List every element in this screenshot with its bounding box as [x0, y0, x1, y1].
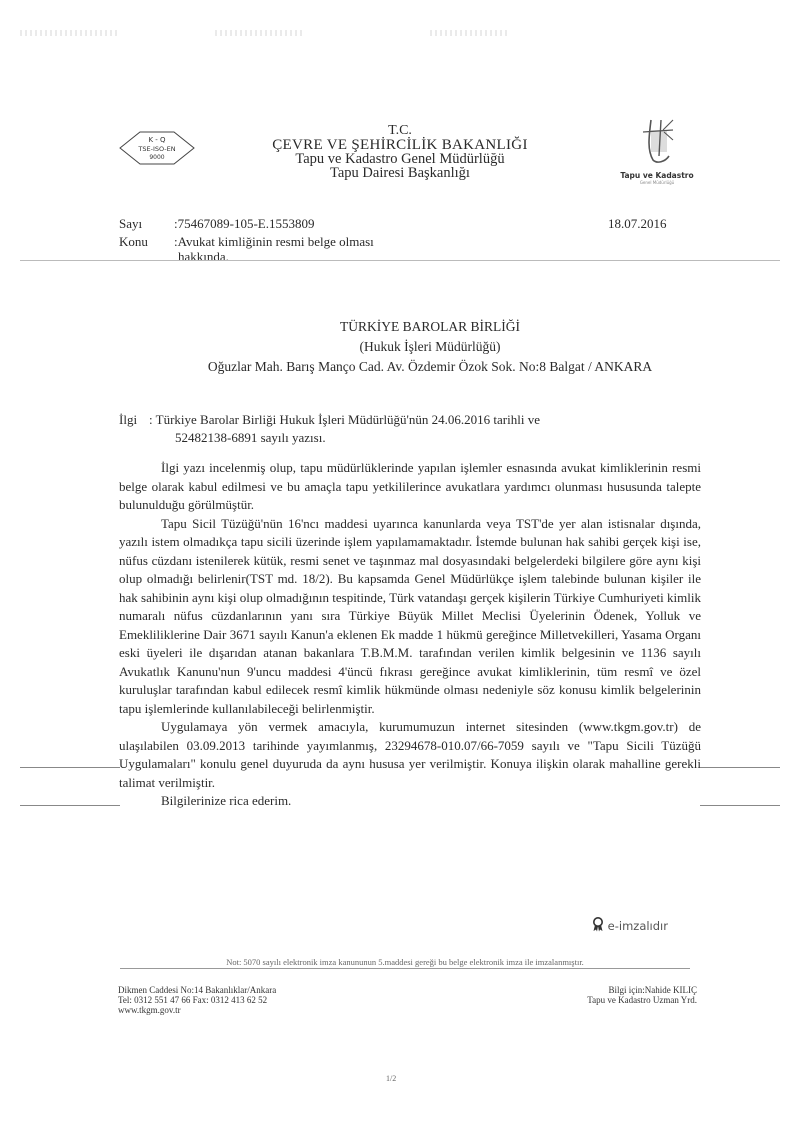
sayi-label: Sayı [119, 216, 174, 232]
department-name: Tapu Dairesi Başkanlığı [200, 166, 600, 180]
footer-address: Dikmen Caddesi No:14 Bakanlıklar/Ankara [118, 985, 276, 995]
scan-line [700, 805, 780, 806]
body-paragraph: İlgi yazı incelenmiş olup, tapu müdürlük… [119, 459, 701, 515]
e-signature: e-imzalıdır [592, 917, 668, 933]
document-date: 18.07.2016 [608, 216, 667, 232]
scan-line [20, 767, 120, 768]
tkgm-sub-text: Genel Müdürlüğü [612, 180, 702, 185]
konu-value: :Avukat kimliğinin resmi belge olması [174, 234, 374, 249]
scan-noise [215, 30, 305, 36]
tc-label: T.C. [200, 124, 600, 138]
scan-noise [20, 30, 120, 36]
footer-info: Bilgi için:Nahide KILIÇ Tapu ve Kadastro… [560, 985, 697, 1005]
sayi-value: :75467089-105-E.1553809 [174, 216, 314, 231]
konu-row: Konu:Avukat kimliğinin resmi belge olmas… [119, 234, 374, 250]
body-paragraph: Uygulamaya yön vermek amacıyla, kurumumu… [119, 718, 701, 792]
divider [20, 260, 780, 261]
tkgm-brand-text: Tapu ve Kadastro [612, 171, 702, 180]
addressee-unit: (Hukuk İşleri Müdürlüğü) [200, 337, 660, 357]
e-signature-note: Not: 5070 sayılı elektronik imza kanunun… [120, 957, 690, 969]
letterhead: T.C. ÇEVRE VE ŞEHİRCİLİK BAKANLIĞI Tapu … [200, 124, 600, 180]
body-paragraph: Bilgilerinize rica ederim. [119, 792, 701, 811]
footer-contact-person: Bilgi için:Nahide KILIÇ [560, 985, 697, 995]
ribbon-badge-icon [592, 917, 604, 932]
e-signature-label: e-imzalıdır [608, 919, 668, 933]
letter-body: İlgi yazı incelenmiş olup, tapu müdürlük… [119, 459, 701, 811]
scan-line [700, 767, 780, 768]
directorate-name: Tapu ve Kadastro Genel Müdürlüğü [200, 152, 600, 166]
quality-certificate-logo: K - Q TSE-ISO-EN 9000 [118, 128, 196, 168]
ilgi-line2: 52482138-6891 sayılı yazısı. [119, 429, 699, 447]
footer-phone: Tel: 0312 551 47 66 Fax: 0312 413 62 52 [118, 995, 276, 1005]
body-paragraph: Tapu Sicil Tüzüğü'nün 16'ncı maddesi uya… [119, 515, 701, 719]
scan-line [20, 805, 120, 806]
footer-contact: Dikmen Caddesi No:14 Bakanlıklar/Ankara … [118, 985, 276, 1015]
svg-text:TSE-ISO-EN: TSE-ISO-EN [137, 145, 175, 153]
svg-text:K - Q: K - Q [148, 136, 166, 144]
footer-contact-title: Tapu ve Kadastro Uzman Yrd. [560, 995, 697, 1005]
tkgm-logo: Tapu ve Kadastro Genel Müdürlüğü [612, 116, 702, 185]
konu-label: Konu [119, 234, 174, 250]
page-number: 1/2 [386, 1074, 396, 1083]
sayi-row: Sayı:75467089-105-E.1553809 [119, 216, 314, 232]
addressee-address: Oğuzlar Mah. Barış Manço Cad. Av. Özdemi… [200, 357, 660, 377]
addressee-org: TÜRKİYE BAROLAR BİRLİĞİ [200, 317, 660, 337]
konu-value-cont: hakkında. [178, 249, 229, 265]
reference-block: İlgi: Türkiye Barolar Birliği Hukuk İşle… [119, 411, 699, 447]
tkgm-emblem-icon [637, 116, 677, 164]
ilgi-label: İlgi [119, 411, 149, 429]
scan-noise [430, 30, 510, 36]
ilgi-line1: : Türkiye Barolar Birliği Hukuk İşleri M… [149, 412, 540, 427]
footer-web[interactable]: www.tkgm.gov.tr [118, 1005, 276, 1015]
svg-text:9000: 9000 [149, 154, 164, 161]
addressee-block: TÜRKİYE BAROLAR BİRLİĞİ (Hukuk İşleri Mü… [200, 317, 660, 377]
ministry-name: ÇEVRE VE ŞEHİRCİLİK BAKANLIĞI [200, 138, 600, 152]
